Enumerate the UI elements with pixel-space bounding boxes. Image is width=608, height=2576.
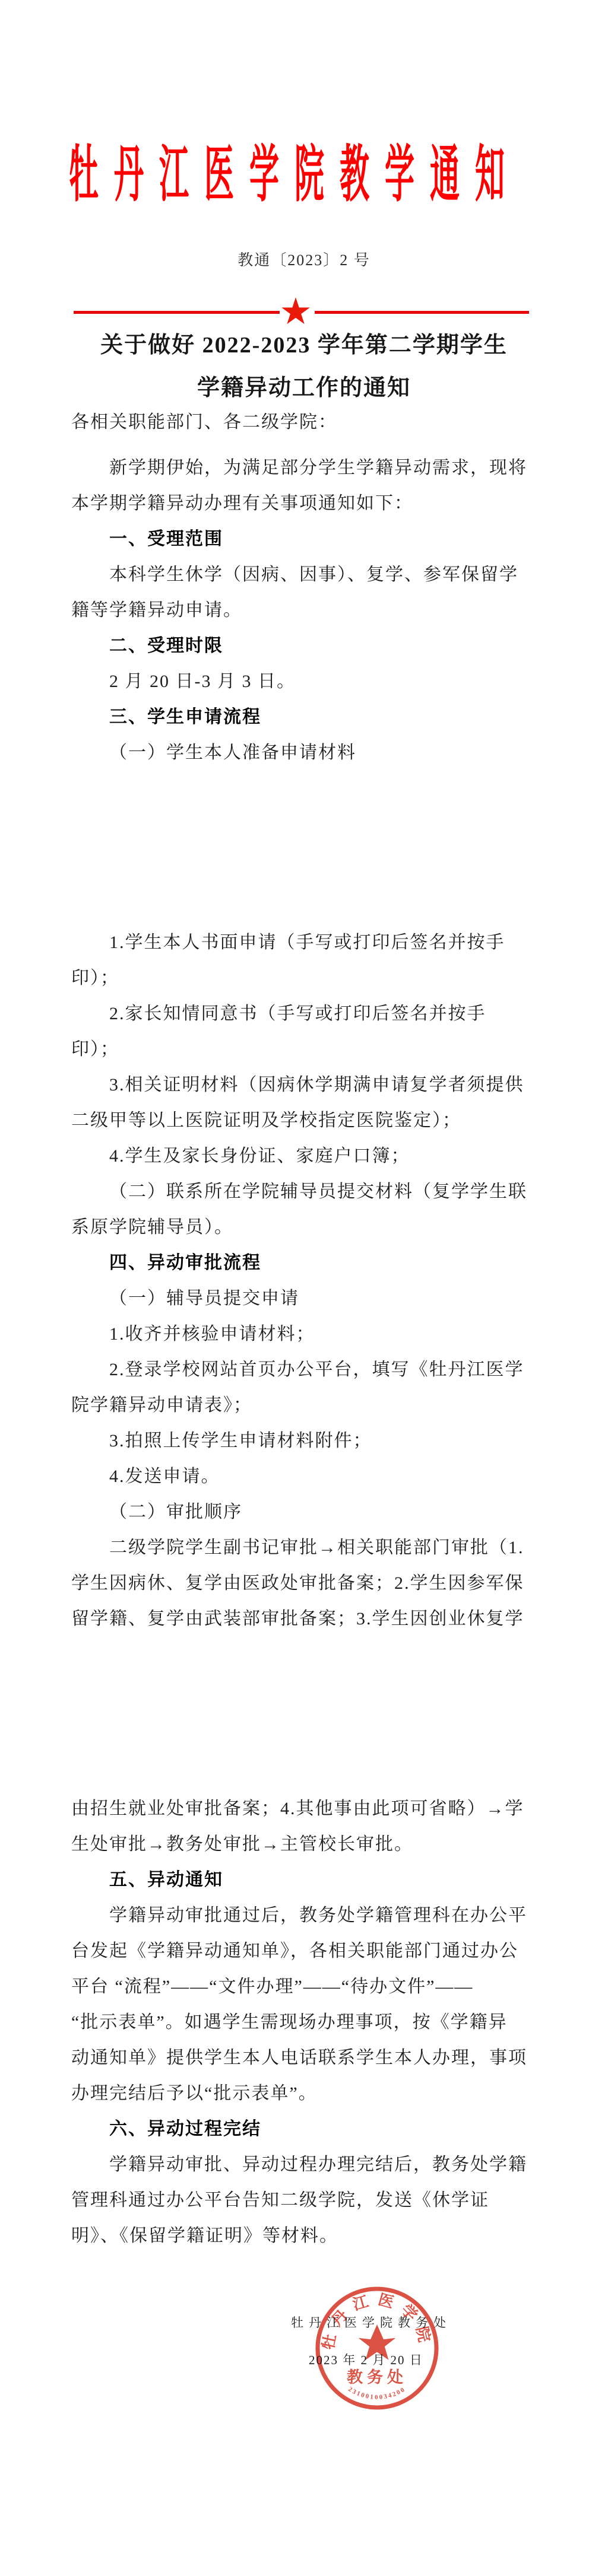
body-line: 本学期学籍异动办理有关事项通知如下：: [71, 494, 413, 514]
section-heading: 六、异动过程完结: [109, 2119, 261, 2139]
body-line: 平台 “流程”——“文件办理”——“待办文件”——: [71, 1977, 473, 1997]
body-line: 办理完结后予以“批示表单”。: [71, 2084, 318, 2104]
doc-number: 教通〔2023〕2 号: [0, 248, 608, 270]
body-line: 留学籍、复学由武装部审批备案；3.学生因创业休复学: [71, 1609, 524, 1629]
seal-office-text: 教务处: [347, 2368, 407, 2386]
body-line: 二级甲等以上医院证明及学校指定医院鉴定）；: [71, 1111, 461, 1131]
divider-line-right: [315, 311, 529, 314]
body-line: 3.相关证明材料（因病休学期满申请复学者须提供: [109, 1075, 524, 1095]
body-line: 新学期伊始，为满足部分学生学籍异动需求，现将: [109, 458, 527, 478]
seal-star-icon: [359, 2324, 396, 2360]
body-line: 1.收齐并核验申请材料；: [109, 1324, 315, 1344]
body-line: 管理科通过办公平台告知二级学院，发送《休学证: [71, 2190, 489, 2211]
page: 牡丹江医学院教学通知 教通〔2023〕2 号 ★ 关于做好 2022-2023 …: [0, 0, 608, 2576]
body-line: 动通知单》提供学生本人电话联系学生本人办理，事项: [71, 2048, 527, 2068]
body-line: 4.发送申请。: [109, 1467, 220, 1487]
body-line: （二）联系所在学院辅导员提交材料（复学学生联: [109, 1182, 527, 1202]
body-line: 学籍异动审批通过后，教务处学籍管理科在办公平: [109, 1906, 527, 1926]
body-line: 二级学院学生副书记审批→相关职能部门审批（1.: [109, 1538, 524, 1558]
salutation: 各相关职能部门、各二级学院：: [71, 407, 337, 433]
body-line: 院学籍异动申请表》；: [71, 1395, 252, 1416]
subject-line-1: 关于做好 2022-2023 学年第二学期学生: [0, 326, 608, 359]
body-line: 学籍异动审批、异动过程办理完结后，教务处学籍: [109, 2155, 527, 2175]
body-line: 印）；: [71, 1039, 119, 1060]
body-line: （一）学生本人准备申请材料: [109, 743, 356, 763]
official-seal-stamp: 牡丹江医学院 教务处 2310010034200: [312, 2285, 442, 2411]
star-icon: ★: [276, 292, 315, 331]
body-line: 4.学生及家长身份证、家庭户口簿；: [109, 1146, 410, 1166]
section-heading: 一、受理范围: [109, 529, 223, 549]
divider-line-left: [74, 311, 280, 314]
body-line: 生处审批→教务处审批→主管校长审批。: [71, 1834, 413, 1855]
svg-text:2310010034200: 2310010034200: [347, 2386, 407, 2401]
banner-title: 牡丹江医学院教学通知: [69, 140, 544, 209]
body-line: （二）审批顺序: [109, 1502, 242, 1522]
body-line: 明》、《保留学籍证明》等材料。: [71, 2226, 338, 2246]
body-line: 系原学院辅导员）。: [71, 1217, 233, 1238]
section-heading: 二、受理时限: [109, 636, 223, 656]
seal-number-text: 2310010034200: [347, 2386, 407, 2401]
body-line: 学生因病休、复学由医政处审批备案；2.学生因参军保: [71, 1573, 524, 1594]
body-line: 本科学生休学（因病、因事）、复学、参军保留学: [109, 565, 518, 585]
body-line: （一）辅导员提交申请: [109, 1289, 299, 1309]
body-line: 3.拍照上传学生申请材料附件；: [109, 1431, 372, 1451]
body-line: 由招生就业处审批备案；4.其他事由此项可省略）→学: [71, 1799, 524, 1819]
body-line: 2.登录学校网站首页办公平台，填写《牡丹江医学: [109, 1360, 524, 1380]
body-line: 印）；: [71, 968, 119, 988]
subject-line-2: 学籍异动工作的通知: [0, 369, 608, 402]
body-line: “批示表单”。如遇学生需现场办理事项，按《学籍异: [71, 2012, 508, 2033]
section-heading: 五、异动通知: [109, 1870, 223, 1890]
body-line: 籍等学籍异动申请。: [71, 600, 242, 621]
body-line: 2 月 20 日-3 月 3 日。: [109, 672, 296, 692]
section-heading: 三、学生申请流程: [109, 707, 261, 727]
body-line: 台发起《学籍异动通知单》，各相关职能部门通过办公: [71, 1941, 518, 1961]
section-heading: 四、异动审批流程: [109, 1253, 261, 1273]
body-line: 2.家长知情同意书（手写或打印后签名并按手: [109, 1004, 486, 1024]
body-line: 1.学生本人书面申请（手写或打印后签名并按手: [109, 933, 505, 953]
